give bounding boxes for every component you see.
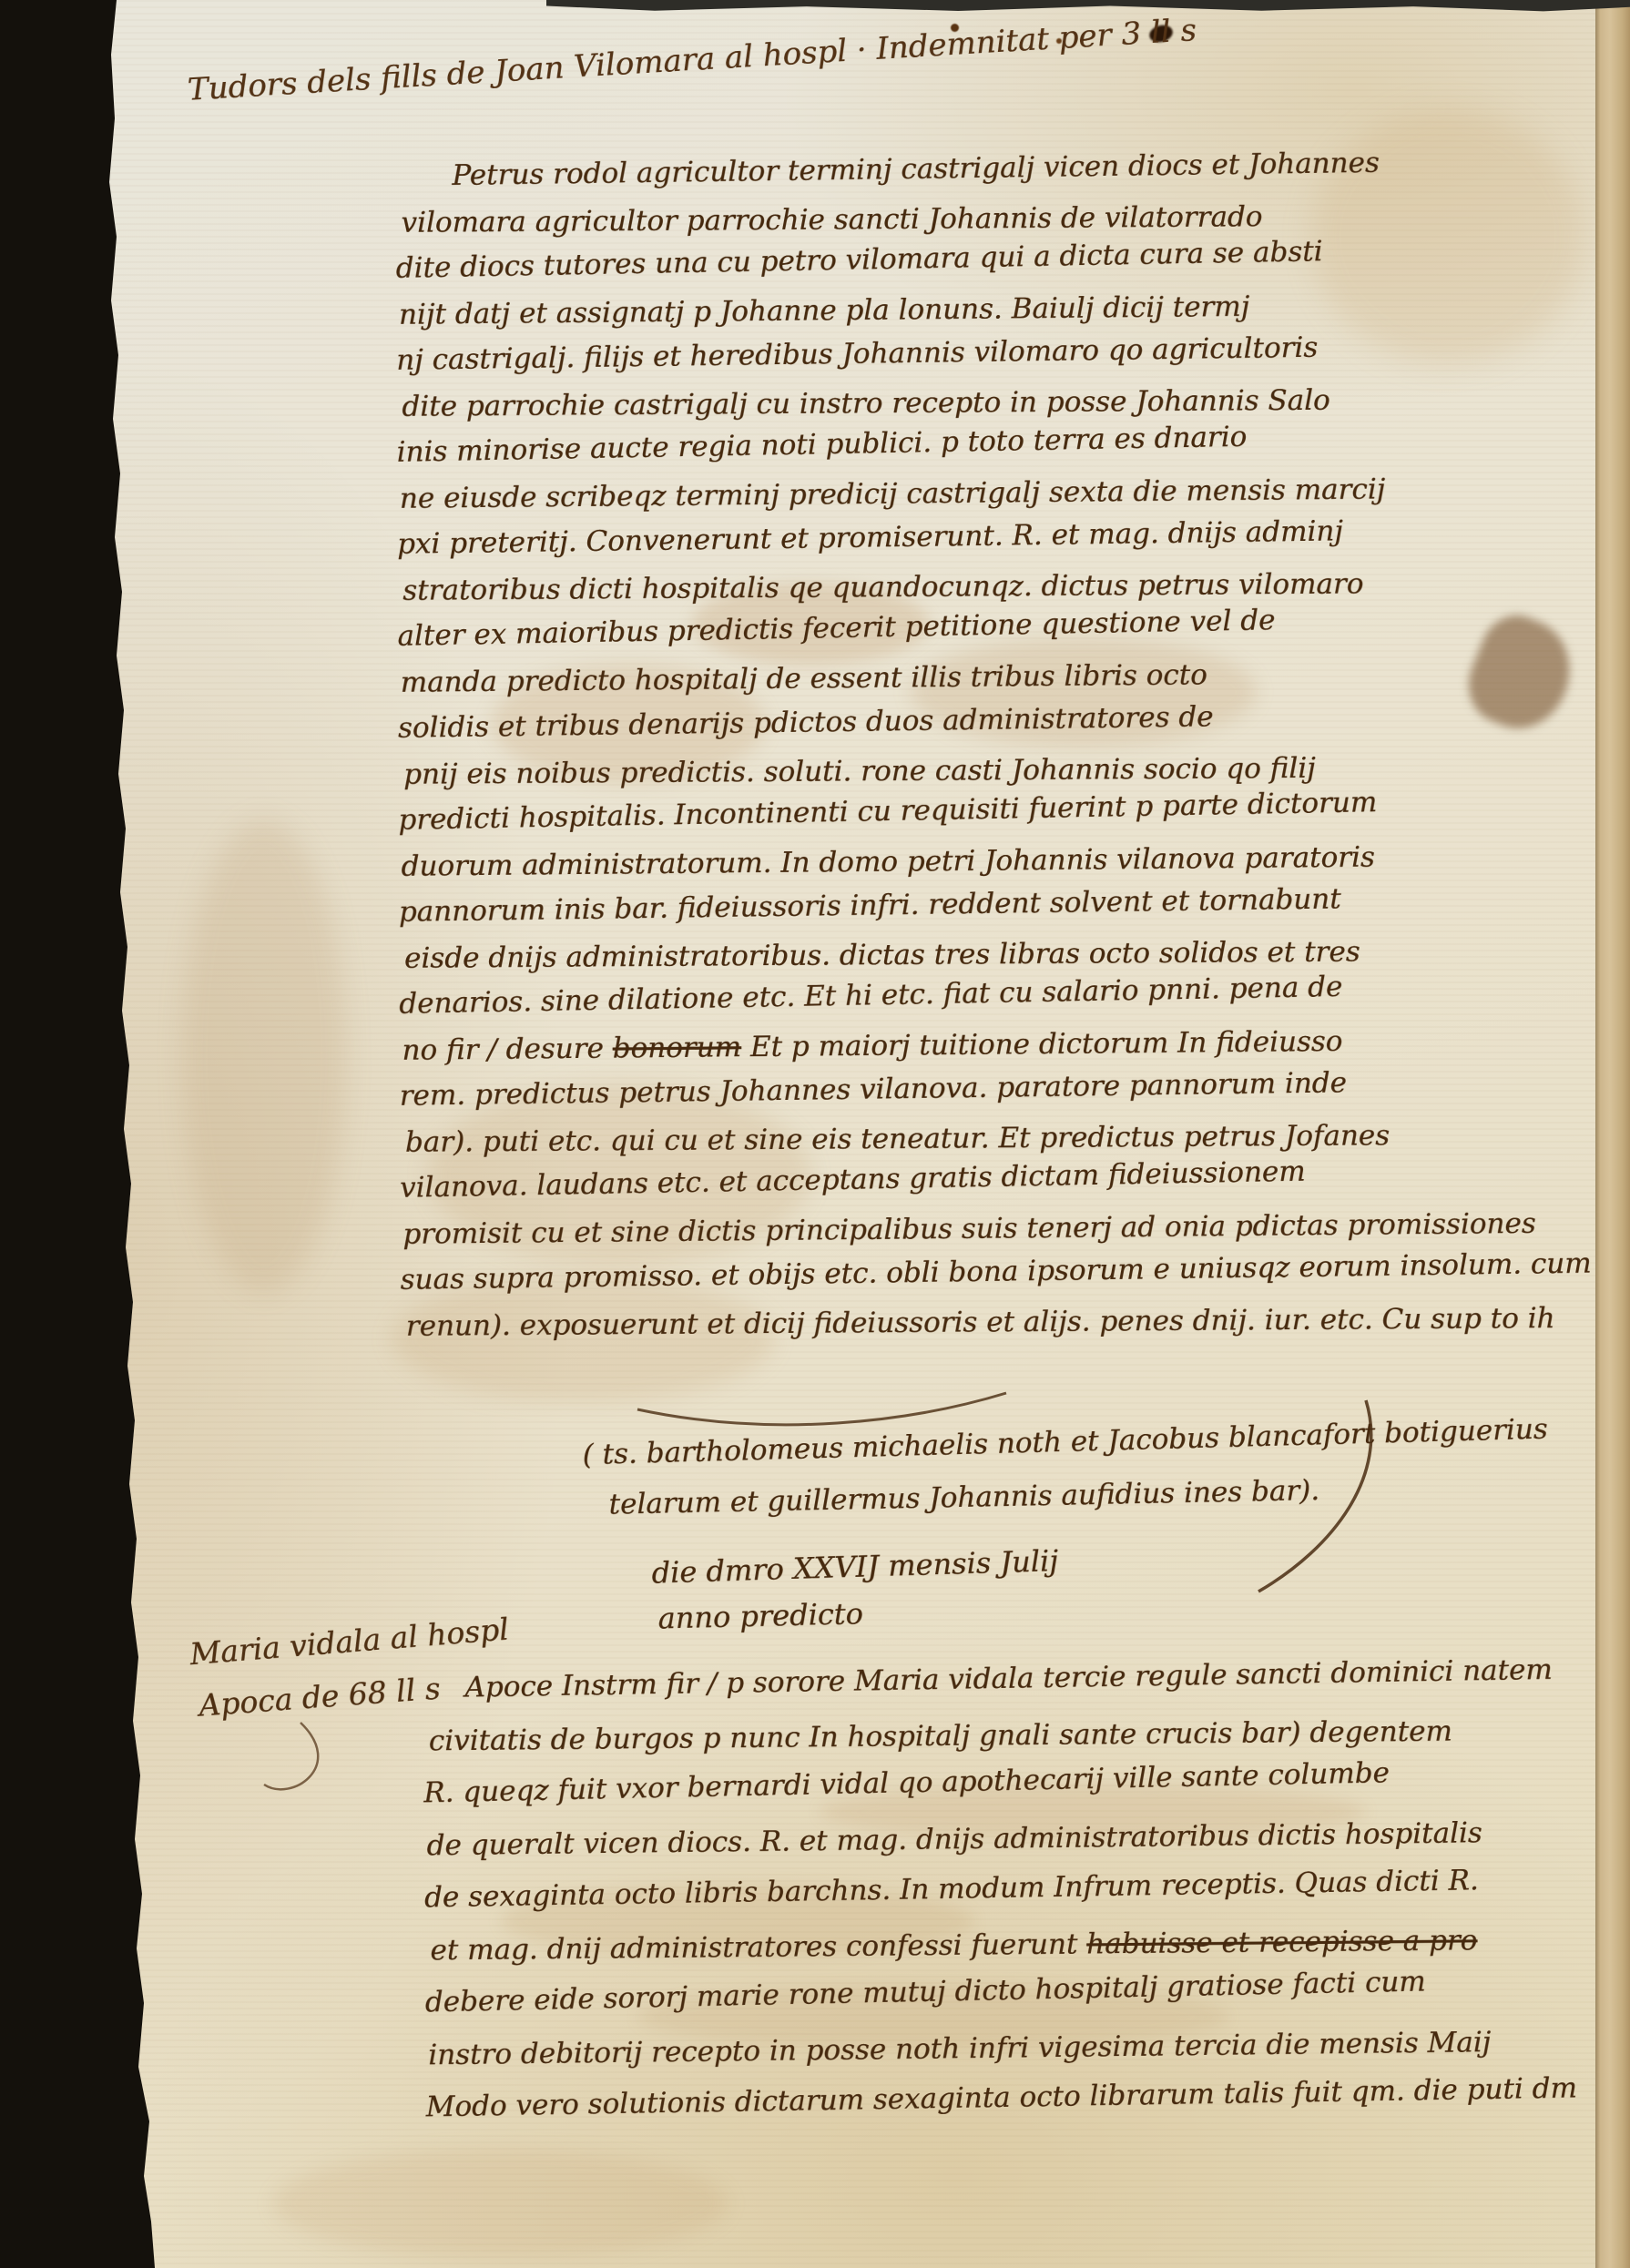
line-segment: no fir / desure [402, 1032, 613, 1066]
stain [273, 2149, 728, 2258]
line-segment: Et p maiorj tuitione dictorum In fideius… [741, 1024, 1343, 1063]
manuscript-scan: Tudors dels fills de Joan Vilomara al ho… [0, 0, 1630, 2268]
date-clause: die dmro XXVIJ mensis Julij anno predict… [651, 1541, 1060, 1641]
date-line: anno predicto [657, 1586, 1065, 1642]
stain [182, 819, 346, 1293]
witness-clause: ( ts. bartholomeus michaelis noth et Jac… [582, 1414, 1549, 1531]
manuscript-line: Apoce Instrm fir / p sorore Maria vidala… [423, 1643, 1574, 1714]
manuscript-line: Petrus rodol agricultor terminj castriga… [395, 137, 1587, 200]
line-segment: et mag. dnij administratores confessi fu… [430, 1927, 1086, 1967]
struck-text: bonorum [612, 1031, 741, 1064]
next-page-edge [1594, 0, 1630, 2268]
manuscript-line: renun). exposuerunt et dicij fideiussori… [406, 1295, 1597, 1349]
main-paragraph: Petrus rodol agricultor terminj castriga… [395, 148, 1592, 1349]
paper-sheet: Tudors dels fills de Joan Vilomara al ho… [0, 0, 1595, 2268]
struck-text: habuisse et recepisse a pro [1086, 1924, 1477, 1960]
page-heading-annotation: Tudors dels fills de Joan Vilomara al ho… [187, 12, 1197, 108]
second-paragraph: Apoce Instrm fir / p sorore Maria vidala… [423, 1655, 1577, 2134]
